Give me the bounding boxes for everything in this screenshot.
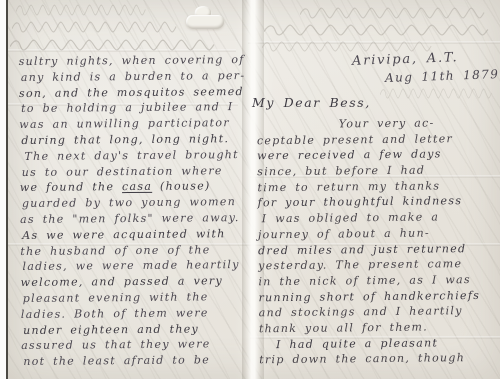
underlined-word-casa: casa (122, 180, 152, 193)
bleed-through-writing (380, 87, 492, 99)
bleed-through-writing (264, 23, 489, 36)
letter-line: dred miles and just returned (258, 240, 500, 258)
letter-line: running short of handkerchiefs (258, 287, 500, 305)
letter-line-segment: (house) (152, 180, 211, 194)
right-page-text: Your very ac- ceptable present and lette… (257, 115, 500, 369)
bleed-through-writing (12, 20, 177, 33)
salutation: My Dear Bess, (252, 95, 371, 110)
letter-scan: sultry nights, when covering of any kind… (0, 0, 500, 379)
letter-line: during that long, long night. (21, 131, 247, 149)
letter-line: sultry nights, when covering of (19, 52, 247, 70)
bleed-through-writing (16, 3, 146, 16)
embossed-stamp-base (186, 15, 224, 29)
letter-line: not the least afraid to be (23, 352, 249, 370)
bleed-through-writing (300, 6, 485, 19)
letter-line: any kind is a burden to a per- (21, 68, 247, 86)
letter-line: guarded by two young women (22, 194, 248, 212)
dateline-place: Arivipa, A.T. (352, 50, 459, 69)
letter-line: us to our destination where (22, 163, 248, 181)
letter-line: in the nick of time, as I was (258, 272, 500, 290)
letter-line: trip down the canon, though (259, 350, 500, 368)
letter-line: welcome, and passed a very (21, 273, 249, 291)
letter-line: As we were acquainted with (22, 226, 248, 244)
dateline-date: Aug 11th 1879 (385, 67, 500, 85)
fold-crease (248, 41, 500, 44)
letter-line: Your very ac- (339, 115, 500, 132)
letter-line: The next day's travel brought (24, 147, 247, 165)
letter-paper: sultry nights, when covering of any kind… (8, 0, 500, 379)
left-page-text: sultry nights, when covering of any kind… (19, 52, 250, 370)
letter-line-segment: we found the (20, 180, 122, 194)
embossed-stamp (186, 6, 228, 32)
letter-line: as the "men folks" were away. (20, 210, 248, 228)
